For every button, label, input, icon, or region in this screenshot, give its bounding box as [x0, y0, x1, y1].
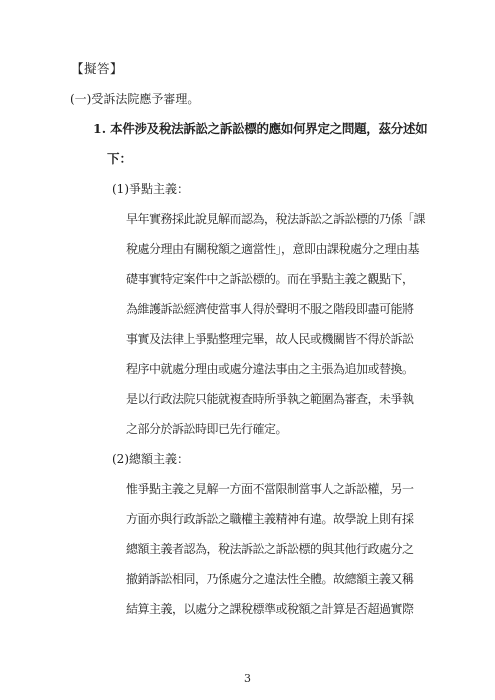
paragraph-line: 程序中就處分理由或處分違法事由之主張為追加或替換。: [126, 354, 495, 384]
paragraph-line: 礎事實特定案件中之訴訟標的。而在爭點主義之觀點下，: [126, 264, 495, 294]
paragraph-line: 撤銷訴訟相同，乃係處分之違法性全體。故總額主義又稱: [126, 564, 495, 594]
answer-content: 【擬答】 (一)受訴法院應予審理。 1.本件涉及稅法訴訟之訴訟標的應如何界定之問…: [0, 54, 495, 624]
subsection-2-paragraph: 惟爭點主義之見解一方面不當限制當事人之訴訟權，另一方面亦與行政訴訟之職權主義精神…: [0, 474, 495, 624]
section-1-text: 受訴法院應予審理。: [91, 92, 199, 106]
point-1-line-2: 下：: [107, 144, 495, 174]
point-1-text: 本件涉及稅法訴訟之訴訟標的應如何界定之問題，茲分述如: [110, 121, 427, 136]
section-1-line: (一)受訴法院應予審理。: [70, 84, 495, 114]
subsection-1-paragraph: 早年實務採此說見解而認為，稅法訴訟之訴訟標的乃係「課稅處分理由有關稅額之適當性」…: [0, 204, 495, 444]
answer-heading: 【擬答】: [71, 54, 495, 84]
page-number: 3: [0, 672, 495, 685]
document-page: 【擬答】 (一)受訴法院應予審理。 1.本件涉及稅法訴訟之訴訟標的應如何界定之問…: [0, 0, 495, 700]
subsection-1-title: (1)爭點主義：: [112, 174, 495, 204]
subsection-2: (2)總額主義： 惟爭點主義之見解一方面不當限制當事人之訴訟權，另一方面亦與行政…: [0, 444, 495, 624]
point-1-number: 1.: [93, 121, 106, 136]
paragraph-line: 方面亦與行政訴訟之職權主義精神有違。故學說上則有採: [126, 504, 495, 534]
subsection-2-title: (2)總額主義：: [112, 444, 495, 474]
paragraph-line: 早年實務採此說見解而認為，稅法訴訟之訴訟標的乃係「課: [126, 204, 495, 234]
paragraph-line: 惟爭點主義之見解一方面不當限制當事人之訴訟權，另一: [126, 474, 495, 504]
paragraph-line: 事實及法律上爭點整理完畢，故人民或機關皆不得於訴訟: [126, 324, 495, 354]
subsection-2-marker: (2): [112, 452, 129, 466]
point-1-line-1: 1.本件涉及稅法訴訟之訴訟標的應如何界定之問題，茲分述如: [93, 114, 495, 144]
paragraph-line: 結算主義，以處分之課稅標準或稅額之計算是否超過實際: [126, 594, 495, 624]
paragraph-line: 總額主義者認為，稅法訴訟之訴訟標的與其他行政處分之: [126, 534, 495, 564]
paragraph-line: 之部分於訴訟時即已先行確定。: [126, 414, 495, 444]
paragraph-line: 是以行政法院只能就複查時所爭執之範圍為審查，未爭執: [126, 384, 495, 414]
paragraph-line: 稅處分理由有關稅額之適當性」，意即由課稅處分之理由基: [126, 234, 495, 264]
subsection-1-marker: (1): [112, 182, 129, 196]
section-1-marker: (一): [70, 92, 91, 106]
point-1: 1.本件涉及稅法訴訟之訴訟標的應如何界定之問題，茲分述如 下：: [0, 114, 495, 174]
paragraph-line: 為維護訴訟經濟使當事人得於聲明不服之階段即盡可能將: [126, 294, 495, 324]
subsection-1-title-text: 爭點主義：: [129, 182, 189, 196]
subsection-2-title-text: 總額主義：: [129, 452, 189, 466]
subsection-1: (1)爭點主義： 早年實務採此說見解而認為，稅法訴訟之訴訟標的乃係「課稅處分理由…: [0, 174, 495, 444]
